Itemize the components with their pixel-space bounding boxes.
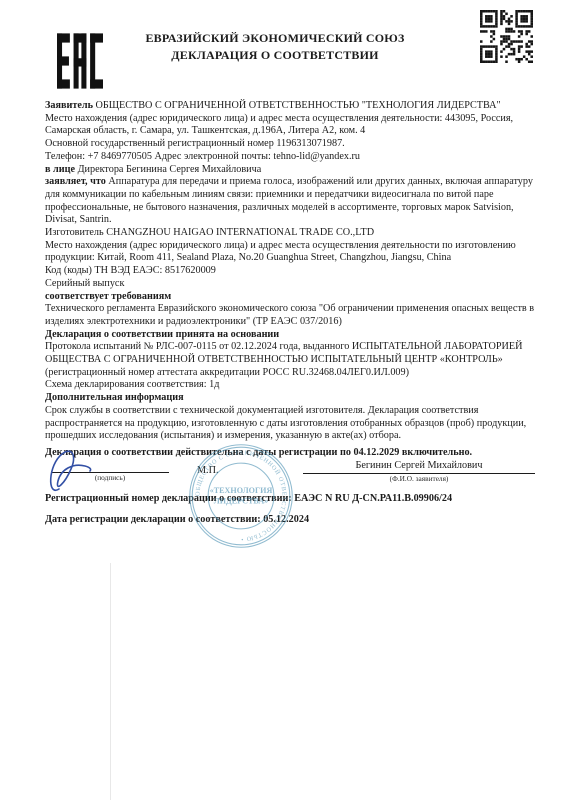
paragraph: Место нахождения (адрес юридического лиц… [45, 113, 535, 138]
paragraph: Основной государственный регистрационный… [45, 138, 535, 151]
eac-logo-icon [57, 32, 103, 90]
signature-block: (подпись) М.П. ОБЩЕСТВО С ОГРАНИЧЕННОЙ О… [45, 460, 530, 486]
declarant-name-field: Бегинин Сергей Михайлович (Ф.И.О. заявит… [303, 460, 535, 483]
paragraph: Место нахождения (адрес юридического лиц… [45, 240, 535, 265]
qr-code-icon [480, 10, 533, 63]
name-caption: (Ф.И.О. заявителя) [303, 474, 535, 483]
document-title: ДЕКЛАРАЦИЯ О СООТВЕТСТВИИ [110, 47, 440, 64]
paragraph: Схема декларирования соответствия: 1д [45, 379, 535, 392]
document-header: ЕВРАЗИЙСКИЙ ЭКОНОМИЧЕСКИЙ СОЮЗ ДЕКЛАРАЦИ… [0, 0, 565, 95]
declarant-name: Бегинин Сергей Михайлович [303, 460, 535, 472]
signature-scribble [45, 443, 117, 501]
paragraph: Изготовитель CHANGZHOU HAIGAO INTERNATIO… [45, 227, 535, 240]
paragraph: заявляет, что Аппаратура для передачи и … [45, 176, 535, 227]
document-body: Заявитель ОБЩЕСТВО С ОГРАНИЧЕННОЙ ОТВЕТС… [45, 100, 535, 460]
paragraph: Код (коды) ТН ВЭД ЕАЭС: 8517620009 [45, 265, 535, 278]
paragraph: в лице Директора Бегинина Сергея Михайло… [45, 164, 535, 177]
union-title: ЕВРАЗИЙСКИЙ ЭКОНОМИЧЕСКИЙ СОЮЗ [110, 30, 440, 47]
stamp-center-line1: «ТЕХНОЛОГИЯ [210, 486, 273, 495]
declaration-document: ЕВРАЗИЙСКИЙ ЭКОНОМИЧЕСКИЙ СОЮЗ ДЕКЛАРАЦИ… [0, 0, 565, 800]
paragraph: Серийный выпуск [45, 278, 535, 291]
paragraph: соответствует требованиям [45, 291, 535, 304]
paragraph: Технического регламента Евразийского эко… [45, 303, 535, 328]
paragraph: Декларация о соответствии принята на осн… [45, 329, 535, 342]
company-stamp: ОБЩЕСТВО С ОГРАНИЧЕННОЙ ОТВЕТСТВЕННОСТЬЮ… [183, 438, 299, 554]
scan-artifact-line [110, 563, 111, 800]
paragraph: Дополнительная информация [45, 392, 535, 405]
stamp-center-line2: ЛИДЕРСТВА» [214, 496, 268, 505]
paragraph: Телефон: +7 8469770505 Адрес электронной… [45, 151, 535, 164]
paragraph: Протокола испытаний № РЛС-007-0115 от 02… [45, 341, 535, 379]
paragraph: Заявитель ОБЩЕСТВО С ОГРАНИЧЕННОЙ ОТВЕТС… [45, 100, 535, 113]
